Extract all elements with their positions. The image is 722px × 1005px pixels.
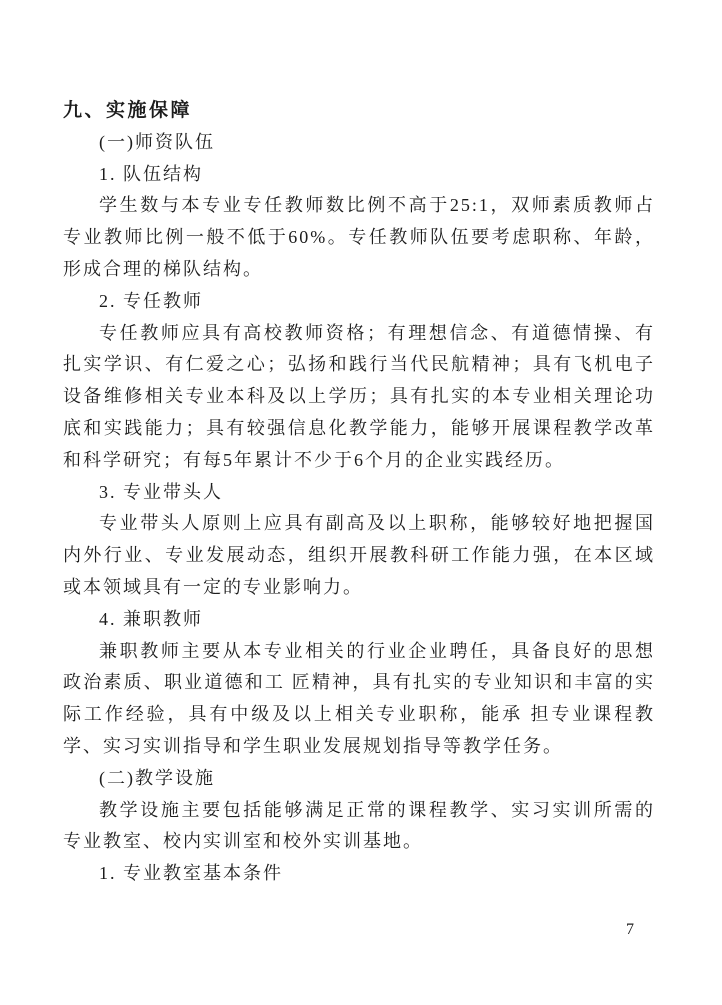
- subsection-heading-faculty: (一)师资队伍: [63, 127, 655, 159]
- item-heading-parttime-teachers: 4. 兼职教师: [63, 604, 655, 636]
- document-page: 九、实施保障 (一)师资队伍 1. 队伍结构 学生数与本专业专任教师数比例不高于…: [0, 0, 722, 1005]
- item-heading-fulltime-teachers: 2. 专任教师: [63, 286, 655, 318]
- paragraph-teaching-facilities: 教学设施主要包括能够满足正常的课程教学、实习实训所需的专业教室、校内实训室和校外…: [63, 795, 655, 859]
- paragraph-program-leader: 专业带头人原则上应具有副高及以上职称，能够较好地把握国内外行业、专业发展动态，组…: [63, 508, 655, 603]
- section-heading: 九、实施保障: [63, 95, 655, 127]
- document-body: 九、实施保障 (一)师资队伍 1. 队伍结构 学生数与本专业专任教师数比例不高于…: [63, 95, 655, 890]
- page-number: 7: [626, 921, 634, 939]
- subsection-heading-teaching-facilities: (二)教学设施: [63, 763, 655, 795]
- paragraph-parttime-teachers: 兼职教师主要从本专业相关的行业企业聘任，具备良好的思想政治素质、职业道德和工 匠…: [63, 636, 655, 763]
- item-heading-team-structure: 1. 队伍结构: [63, 159, 655, 191]
- paragraph-fulltime-teachers: 专任教师应具有高校教师资格；有理想信念、有道德情操、有扎实学识、有仁爱之心；弘扬…: [63, 318, 655, 477]
- item-heading-classroom-conditions: 1. 专业教室基本条件: [63, 858, 655, 890]
- paragraph-team-structure: 学生数与本专业专任教师数比例不高于25:1，双师素质教师占专业教师比例一般不低于…: [63, 190, 655, 285]
- item-heading-program-leader: 3. 专业带头人: [63, 477, 655, 509]
